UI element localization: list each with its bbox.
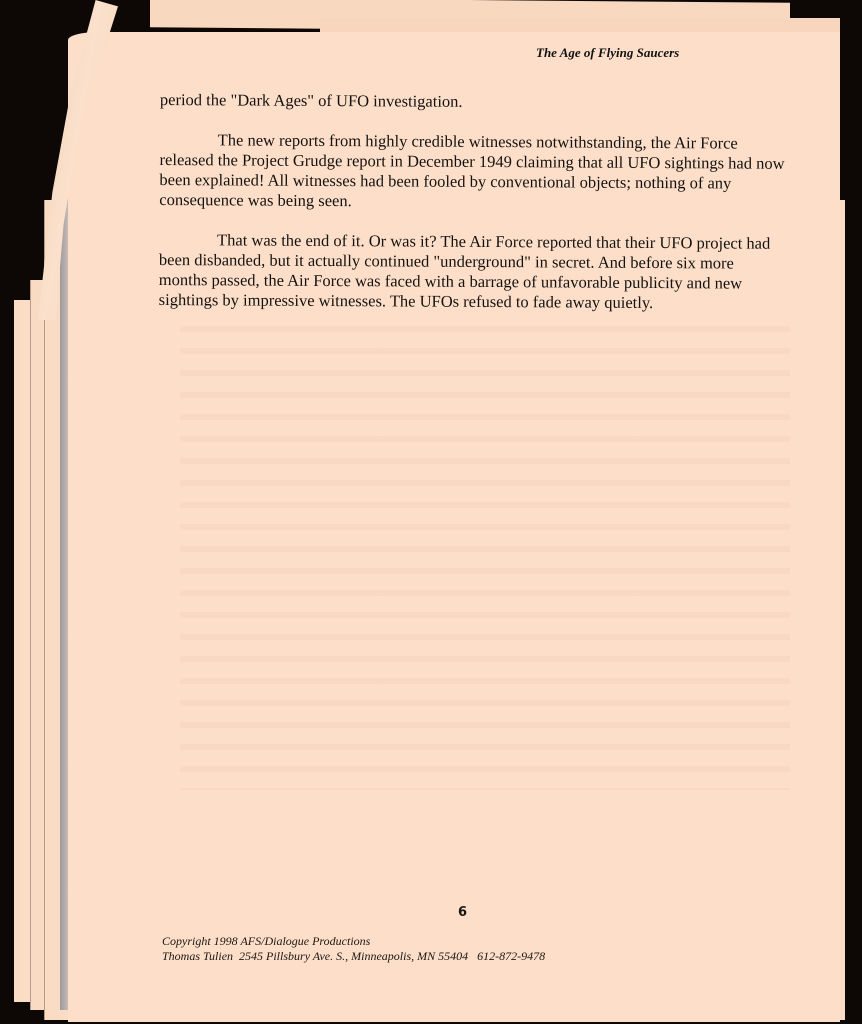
footer-copyright: Copyright 1998 AFS/Dialogue Productions	[162, 934, 545, 949]
footer-address: Thomas Tulien 2545 Pillsbury Ave. S., Mi…	[162, 949, 545, 964]
footer: Copyright 1998 AFS/Dialogue Productions …	[162, 934, 545, 964]
page-number: 6	[458, 905, 467, 920]
page-edge-shadow	[60, 160, 68, 1010]
paragraph: period the "Dark Ages" of UFO investigat…	[160, 90, 785, 114]
paragraph: The new reports from highly credible wit…	[159, 130, 784, 214]
paragraph: That was the end of it. Or was it? The A…	[159, 230, 784, 314]
bleed-through-text	[180, 320, 790, 790]
body-text: period the "Dark Ages" of UFO investigat…	[159, 90, 785, 334]
running-head: The Age of Flying Saucers	[536, 45, 679, 61]
